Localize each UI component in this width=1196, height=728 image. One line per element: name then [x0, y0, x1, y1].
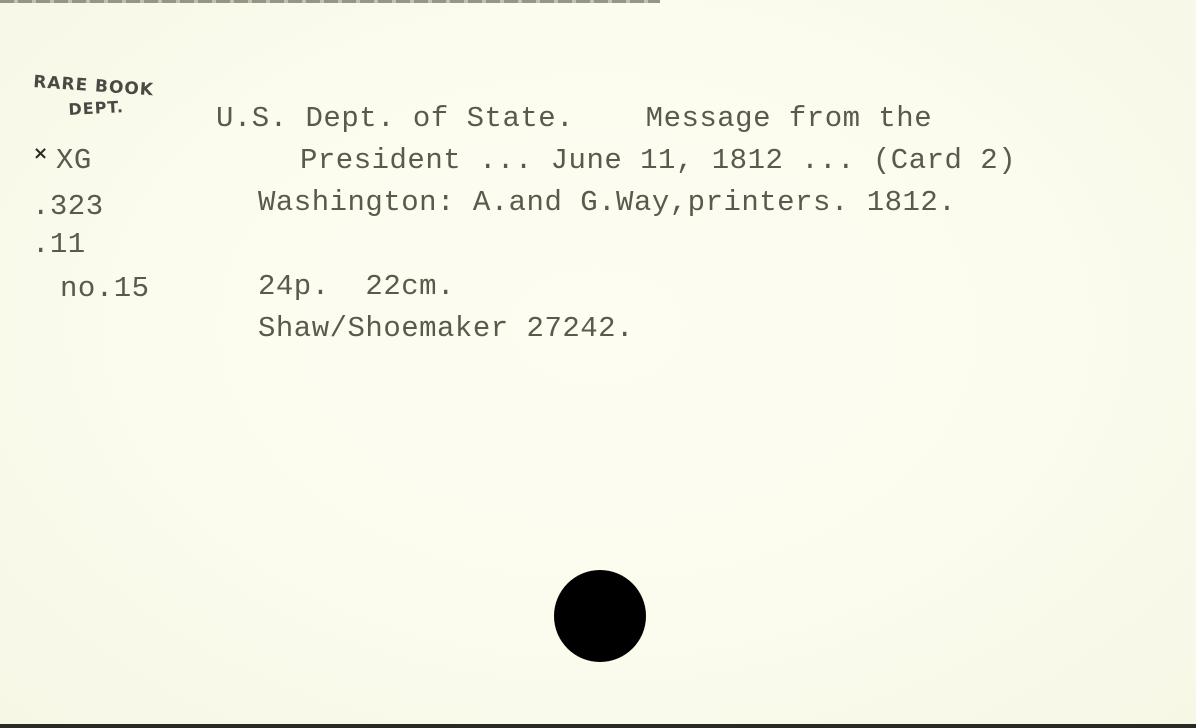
call-number-mark-icon: ×: [33, 143, 48, 164]
rare-book-stamp-line1: RARE BOOK: [33, 72, 155, 100]
call-number-line-3: .11: [32, 230, 86, 259]
punch-hole: [554, 570, 646, 662]
call-number-line-4: no.15: [60, 274, 150, 303]
card-bottom-edge: [0, 724, 1196, 728]
main-entry-heading: U.S. Dept. of State. Message from the: [216, 104, 932, 133]
bibliographic-note: Shaw/Shoemaker 27242.: [258, 314, 634, 343]
call-number-line-2: .323: [32, 192, 104, 221]
title-continuation: President ... June 11, 1812 ... (Card 2): [300, 146, 1016, 175]
collation: 24p. 22cm.: [258, 272, 455, 301]
imprint: Washington: A.and G.Way,printers. 1812.: [258, 188, 956, 217]
card-top-edge: [0, 0, 660, 3]
rare-book-stamp-line2: DEPT.: [68, 97, 124, 119]
catalog-card: RARE BOOK DEPT. × XG .323 .11 no.15 U.S.…: [0, 0, 1196, 728]
call-number-line-1: XG: [56, 146, 92, 175]
